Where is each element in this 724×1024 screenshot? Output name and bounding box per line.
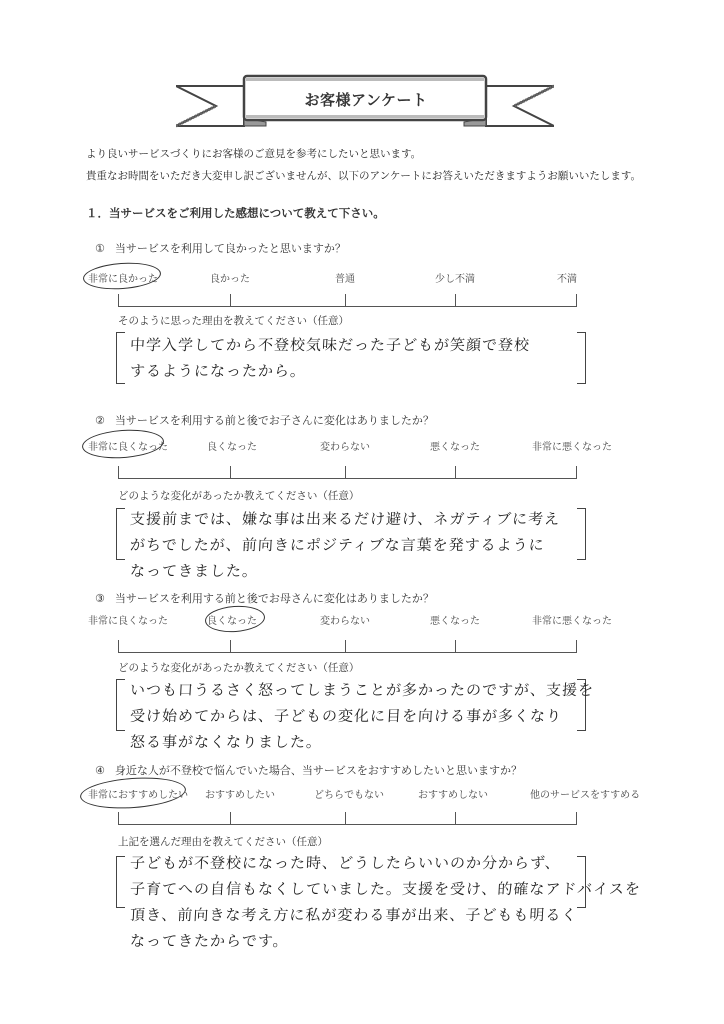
q4-option-1[interactable]: 非常におすすめしたい — [88, 786, 188, 801]
answer-line: いつも口うるさく怒ってしまうことが多かったのですが、支援を — [129, 679, 594, 700]
question-number: ④ — [95, 764, 105, 777]
question-text: 当サービスを利用する前と後でお母さんに変化はありましたか？ — [115, 592, 434, 605]
q1-option-4[interactable]: 少し不満 — [435, 270, 475, 285]
q3-option-5[interactable]: 非常に悪くなった — [532, 612, 612, 627]
answer-line: するようになったから。 — [129, 360, 306, 381]
question-text: 当サービスを利用する前と後でお子さんに変化はありましたか？ — [115, 414, 434, 427]
question-number: ② — [95, 414, 105, 427]
q2-prompt: どのような変化があったか教えてください（任意） — [118, 488, 359, 503]
q3-option-2[interactable]: 良くなった — [207, 612, 257, 627]
answer-line: なってきました。 — [129, 560, 258, 581]
q1-option-5[interactable]: 不満 — [557, 270, 577, 285]
answer-line: なってきたからです。 — [129, 930, 289, 951]
q3-option-3[interactable]: 変わらない — [320, 612, 370, 627]
q2-rating-scale — [118, 466, 577, 479]
answer-line: 子育てへの自信もなくしていました。支援を受け、的確なアドバイスを — [129, 878, 641, 899]
answer-line: 受け始めてからは、子どもの変化に目を向ける事が多くなり — [129, 705, 562, 726]
q4-prompt: 上記を選んだ理由を教えてください（任意） — [118, 834, 328, 849]
q4-answer-box[interactable]: 子どもが不登校になった時、どうしたらいいのか分からず、 子育てへの自信もなくして… — [116, 850, 586, 956]
q1-rating-scale — [118, 294, 577, 307]
answer-line: 頂き、前向きな考え方に私が変わる事が出来、子どもも明るく — [129, 904, 578, 925]
question-number: ③ — [95, 592, 105, 605]
q1-prompt: そのように思った理由を教えてください（任意） — [118, 313, 349, 328]
q2-option-2[interactable]: 良くなった — [207, 438, 257, 453]
q1-option-1[interactable]: 非常に良かった — [88, 270, 158, 285]
question-text: 当サービスを利用して良かったと思いますか？ — [115, 242, 346, 255]
answer-line: がちでしたが、前向きにポジティブな言葉を発するように — [129, 534, 545, 555]
question-number: ① — [95, 242, 105, 255]
title-banner: お客様アンケート — [176, 74, 554, 134]
intro-line-2: 貴重なお時間をいただき大変申し訳ございませんが、以下のアンケートにお答えいただき… — [86, 168, 641, 183]
answer-line: 怒る事がなくなりました。 — [129, 731, 322, 752]
answer-line: 支援前までは、嫌な事は出来るだけ避け、ネガティブに考え — [129, 508, 560, 529]
q2-answer-box[interactable]: 支援前までは、嫌な事は出来るだけ避け、ネガティブに考え がちでしたが、前向きにポ… — [116, 506, 586, 584]
q4-option-4[interactable]: おすすめしない — [418, 786, 488, 801]
q1-option-2[interactable]: 良かった — [210, 270, 250, 285]
question-4-title: ④身近な人が不登校で悩んでいた場合、当サービスをおすすめしたいと思いますか？ — [95, 762, 522, 778]
q2-option-4[interactable]: 悪くなった — [430, 438, 480, 453]
q1-answer-box[interactable]: 中学入学してから不登校気味だった子どもが笑顔で登校 するようになったから。 — [116, 330, 586, 388]
question-2-title: ②当サービスを利用する前と後でお子さんに変化はありましたか？ — [95, 412, 434, 428]
q3-option-1[interactable]: 非常に良くなった — [88, 612, 168, 627]
q4-option-3[interactable]: どちらでもない — [314, 786, 384, 801]
q4-rating-scale — [118, 812, 577, 825]
section-title: １．当サービスをご利用した感想について教えて下さい。 — [86, 205, 385, 221]
q3-option-4[interactable]: 悪くなった — [430, 612, 480, 627]
answer-line: 中学入学してから不登校気味だった子どもが笑顔で登校 — [129, 334, 530, 355]
q1-option-3[interactable]: 普通 — [335, 270, 355, 285]
survey-title: お客様アンケート — [244, 89, 488, 110]
q3-prompt: どのような変化があったか教えてください（任意） — [118, 660, 359, 675]
question-1-title: ①当サービスを利用して良かったと思いますか？ — [95, 240, 346, 256]
question-text: 身近な人が不登校で悩んでいた場合、当サービスをおすすめしたいと思いますか？ — [115, 764, 522, 777]
q3-rating-scale — [118, 640, 577, 653]
intro-line-1: より良いサービスづくりにお客様のご意見を参考にしたいと思います。 — [86, 146, 421, 161]
q2-option-3[interactable]: 変わらない — [320, 438, 370, 453]
question-3-title: ③当サービスを利用する前と後でお母さんに変化はありましたか？ — [95, 590, 434, 606]
q4-option-2[interactable]: おすすめしたい — [205, 786, 275, 801]
q3-answer-box[interactable]: いつも口うるさく怒ってしまうことが多かったのですが、支援を 受け始めてからは、子… — [116, 677, 586, 755]
answer-line: 子どもが不登校になった時、どうしたらいいのか分からず、 — [129, 852, 561, 873]
q2-option-1[interactable]: 非常に良くなった — [88, 438, 168, 453]
q4-option-5[interactable]: 他のサービスをすすめる — [530, 786, 640, 801]
q2-option-5[interactable]: 非常に悪くなった — [532, 438, 612, 453]
